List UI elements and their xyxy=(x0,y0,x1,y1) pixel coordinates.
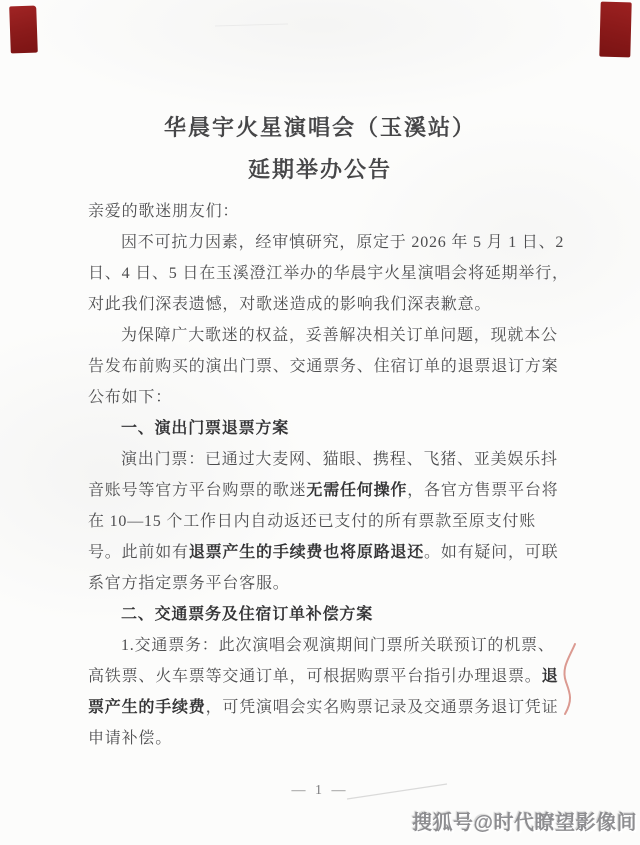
emphasis-text: 退票产生的手续费也将原路退还 xyxy=(189,544,424,561)
body-text: 对此我们深表遗憾，对歌迷造成的影响我们深表歉意。 xyxy=(88,296,491,313)
body-text: ，各官方售票平台将 xyxy=(407,482,558,499)
body-text: 告发布前购买的演出门票、交通票务、住宿订单的退票退订方案 xyxy=(88,358,558,375)
body-text: 因不可抗力因素，经审慎研究，原定于 2026 年 5 月 1 日、2 xyxy=(121,234,564,251)
body-text: 公布如下： xyxy=(88,389,172,406)
emphasis-text: 退 xyxy=(542,668,559,685)
emphasis-text: 无需任何操作 xyxy=(306,482,407,499)
document-line: 1.交通票务：此次演唱会观演期间门票所关联预订的机票、 xyxy=(88,630,566,661)
title-line-1: 华晨宇火星演唱会（玉溪站） xyxy=(0,107,640,149)
body-text: 演出门票：已通过大麦网、猫眼、携程、飞猪、亚美娱乐抖 xyxy=(121,451,558,468)
document-line: 申请补偿。 xyxy=(88,723,566,754)
document-title: 华晨宇火星演唱会（玉溪站） 延期举办公告 xyxy=(0,107,640,191)
document-line: 号。此前如有退票产生的手续费也将原路退还。如有疑问，可联 xyxy=(88,537,566,568)
page-number: — 1 — xyxy=(0,783,640,799)
document-line: 在 10—15 个工作日内自动返还已支付的所有票款至原支付账 xyxy=(88,506,566,537)
body-text: ，可凭演唱会实名购票记录及交通票务退订凭证 xyxy=(206,699,559,716)
red-stamp-mark-top-left xyxy=(9,6,38,54)
body-text: 在 10—15 个工作日内自动返还已支付的所有票款至原支付账 xyxy=(88,513,536,530)
document-line: 亲爱的歌迷朋友们： xyxy=(88,196,566,227)
body-text: 日、4 日、5 日在玉溪澄江举办的华晨宇火星演唱会将延期举行， xyxy=(88,265,569,282)
document-body: 亲爱的歌迷朋友们：因不可抗力因素，经审慎研究，原定于 2026 年 5 月 1 … xyxy=(88,196,566,754)
emphasis-text: 一、演出门票退票方案 xyxy=(121,420,289,437)
emphasis-text: 二、交通票务及住宿订单补偿方案 xyxy=(121,606,373,623)
document-line: 高铁票、火车票等交通订单，可根据购票平台指引办理退票。退 xyxy=(88,661,566,692)
document-line: 告发布前购买的演出门票、交通票务、住宿订单的退票退订方案 xyxy=(88,351,566,382)
document-line: 对此我们深表遗憾，对歌迷造成的影响我们深表歉意。 xyxy=(88,289,566,320)
title-line-2: 延期举办公告 xyxy=(0,149,640,191)
watermark-text: 搜狐号@时代瞭望影像间 xyxy=(412,806,637,835)
document-line: 公布如下： xyxy=(88,382,566,413)
document-line: 因不可抗力因素，经审慎研究，原定于 2026 年 5 月 1 日、2 xyxy=(88,227,566,258)
body-text: 1.交通票务：此次演唱会观演期间门票所关联预订的机票、 xyxy=(121,637,555,654)
document-line: 一、演出门票退票方案 xyxy=(88,413,566,444)
scan-scratch-line-top xyxy=(215,24,288,26)
document-line: 演出门票：已通过大麦网、猫眼、携程、飞猪、亚美娱乐抖 xyxy=(88,444,566,475)
red-pen-mark xyxy=(564,644,575,714)
body-text: 为保障广大歌迷的权益，妥善解决相关订单问题，现就本公 xyxy=(121,327,558,344)
document-line: 票产生的手续费，可凭演唱会实名购票记录及交通票务退订凭证 xyxy=(88,692,566,723)
body-text: 申请补偿。 xyxy=(88,730,172,747)
scanned-page: 华晨宇火星演唱会（玉溪站） 延期举办公告 亲爱的歌迷朋友们：因不可抗力因素，经审… xyxy=(0,0,640,845)
body-text: 亲爱的歌迷朋友们： xyxy=(88,203,239,220)
body-text: 系官方指定票务平台客服。 xyxy=(88,575,290,592)
document-line: 系官方指定票务平台客服。 xyxy=(88,568,566,599)
body-text: 高铁票、火车票等交通订单，可根据购票平台指引办理退票。 xyxy=(88,668,542,685)
red-stamp-mark-top-right xyxy=(599,2,631,58)
body-text: 。如有疑问，可联 xyxy=(424,544,558,561)
document-line: 二、交通票务及住宿订单补偿方案 xyxy=(88,599,566,630)
emphasis-text: 票产生的手续费 xyxy=(88,699,206,716)
body-text: 音账号等官方平台购票的歌迷 xyxy=(88,482,306,499)
document-line: 日、4 日、5 日在玉溪澄江举办的华晨宇火星演唱会将延期举行， xyxy=(88,258,566,289)
body-text: 号。此前如有 xyxy=(88,544,189,561)
document-line: 音账号等官方平台购票的歌迷无需任何操作，各官方售票平台将 xyxy=(88,475,566,506)
document-line: 为保障广大歌迷的权益，妥善解决相关订单问题，现就本公 xyxy=(88,320,566,351)
